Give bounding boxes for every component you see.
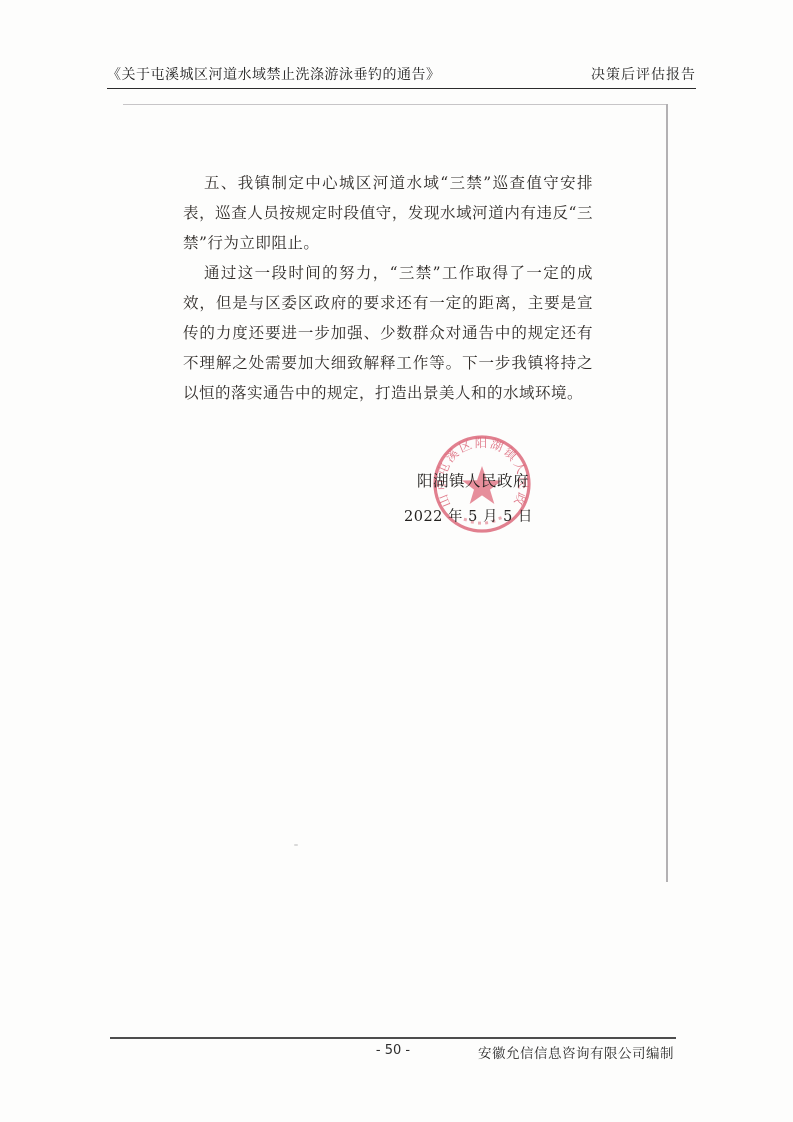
body-line: 五、我镇制定中心城区河道水域“三禁”巡查值守安排 bbox=[183, 168, 593, 198]
page-header: 《关于屯溪城区河道水域禁止洗涤游泳垂钓的通告》 决策后评估报告 bbox=[107, 64, 696, 89]
scan-edge-top bbox=[123, 104, 668, 105]
footer-divider bbox=[110, 1037, 676, 1039]
issue-date: 2022 年 5 月 5 日 bbox=[404, 505, 533, 526]
body-line: 效，但是与区委区政府的要求还有一定的距离，主要是宣 bbox=[183, 288, 593, 318]
header-report-type: 决策后评估报告 bbox=[591, 64, 696, 84]
body-line: 表，巡查人员按规定时段值守，发现水域河道内有违反“三 bbox=[183, 198, 593, 228]
body-text: 五、我镇制定中心城区河道水域“三禁”巡查值守安排 表，巡查人员按规定时段值守，发… bbox=[183, 168, 593, 408]
dust-speck bbox=[294, 844, 298, 846]
body-line: 禁”行为立即阻止。 bbox=[183, 228, 593, 258]
scan-edge-right bbox=[666, 104, 668, 882]
body-line: 传的力度还要进一步加强、少数群众对通告中的规定还有 bbox=[183, 318, 593, 348]
body-line: 不理解之处需要加大细致解释工作等。下一步我镇将持之 bbox=[183, 348, 593, 378]
prepared-by-label: 安徽允信信息咨询有限公司编制 bbox=[110, 1042, 674, 1062]
body-line: 以恒的落实通告中的规定，打造出景美人和的水域环境。 bbox=[183, 378, 593, 408]
header-doc-title: 《关于屯溪城区河道水域禁止洗涤游泳垂钓的通告》 bbox=[107, 64, 441, 84]
issuer-signature: 阳湖镇人民政府 bbox=[417, 469, 529, 491]
scanned-document-page: 《关于屯溪城区河道水域禁止洗涤游泳垂钓的通告》 决策后评估报告 五、我镇制定中心… bbox=[0, 0, 793, 1122]
body-line: 通过这一段时间的努力，“三禁”工作取得了一定的成 bbox=[183, 258, 593, 288]
